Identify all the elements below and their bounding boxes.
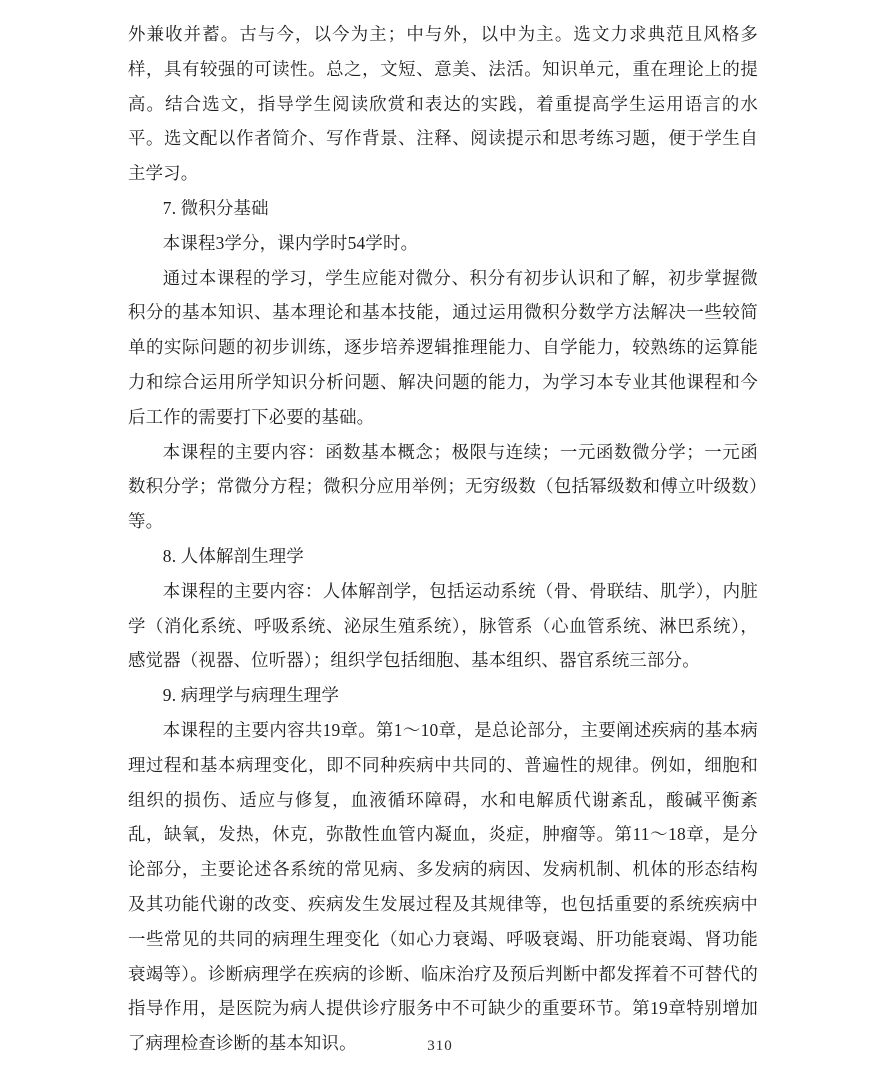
page-number: 310 (0, 1036, 880, 1056)
page-body: 外兼收并蓄。古与今，以今为主；中与外，以中为主。选文力求典范且风格多样，具有较强… (128, 17, 758, 1061)
pathology-content-paragraph: 本课程的主要内容共19章。第1～10章，是总论部分，主要阐述疾病的基本病理过程和… (128, 713, 758, 1061)
section-heading-8-human-anatomy-physiology: 8. 人体解剖生理学 (128, 539, 758, 574)
anatomy-content-paragraph: 本课程的主要内容：人体解剖学，包括运动系统（骨、骨联结、肌学），内脏学（消化系统… (128, 574, 758, 678)
course-objectives-paragraph: 通过本课程的学习，学生应能对微分、积分有初步认识和了解，初步掌握微积分的基本知识… (128, 261, 758, 435)
document-page: 外兼收并蓄。古与今，以今为主；中与外，以中为主。选文力求典范且风格多样，具有较强… (0, 0, 880, 1084)
continuation-paragraph: 外兼收并蓄。古与今，以今为主；中与外，以中为主。选文力求典范且风格多样，具有较强… (128, 17, 758, 191)
course-content-paragraph: 本课程的主要内容：函数基本概念；极限与连续；一元函数微分学；一元函数积分学；常微… (128, 435, 758, 539)
course-credits-paragraph: 本课程3学分，课内学时54学时。 (128, 226, 758, 261)
section-heading-7-calculus-basics: 7. 微积分基础 (128, 191, 758, 226)
section-heading-9-pathology-pathophysiology: 9. 病理学与病理生理学 (128, 678, 758, 713)
